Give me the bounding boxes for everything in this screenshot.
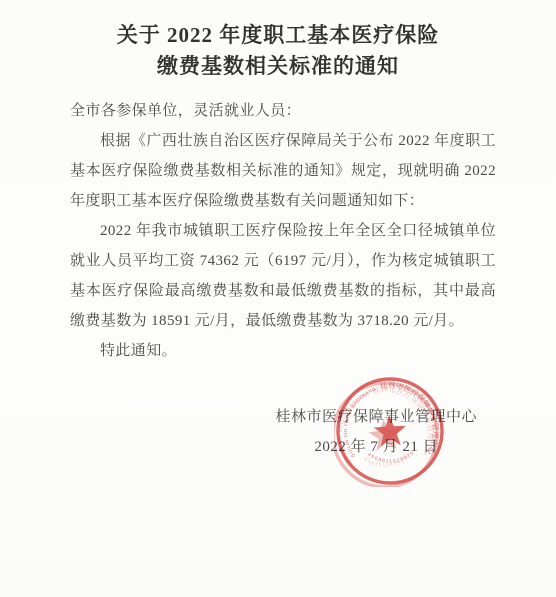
title-line-2: 缴费基数相关标准的通知	[0, 51, 556, 82]
document-body: 全市各参保单位，灵活就业人员： 根据《广西壮族自治区医疗保障局关于公布 2022…	[70, 96, 496, 366]
official-seal-stamp: GUILIN SHI YILIAO BAOZHANG 桂林市医疗保障事业管理中心…	[334, 375, 446, 487]
paragraph-basis: 根据《广西壮族自治区医疗保障局关于公布 2022 年度职工基本医疗保险缴费基数相…	[70, 126, 496, 216]
salutation: 全市各参保单位，灵活就业人员：	[70, 96, 496, 126]
paragraph-standards: 2022 年我市城镇职工医疗保险按上年全区全口径城镇单位就业人员平均工资 743…	[70, 216, 496, 336]
document-title: 关于 2022 年度职工基本医疗保险 缴费基数相关标准的通知	[0, 20, 556, 82]
paragraph-closing: 特此通知。	[70, 336, 496, 366]
title-line-1: 关于 2022 年度职工基本医疗保险	[0, 20, 556, 51]
document-page: 关于 2022 年度职工基本医疗保险 缴费基数相关标准的通知 全市各参保单位，灵…	[0, 0, 556, 597]
